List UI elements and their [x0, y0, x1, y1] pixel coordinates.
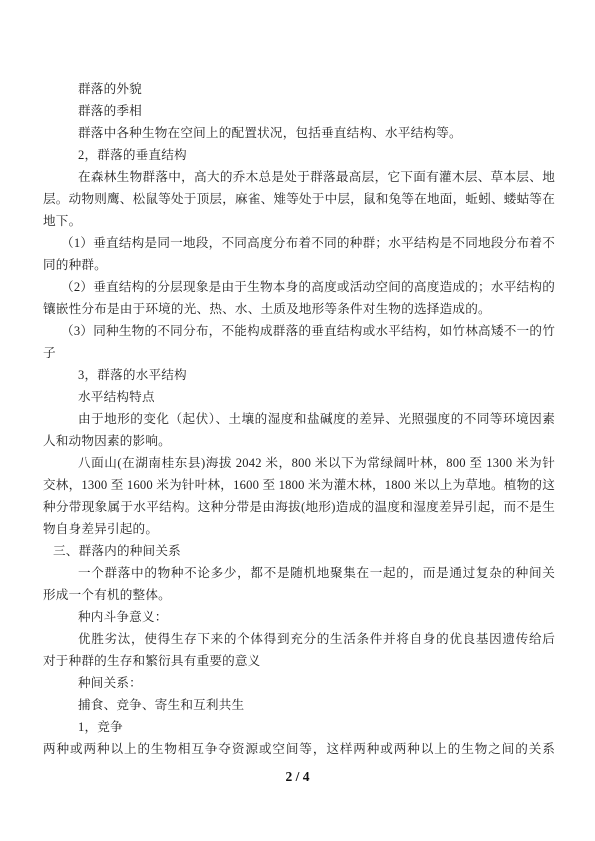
text-line: 捕食、竞争、寄生和互利共生	[43, 694, 555, 716]
text-line: 种分带现象属于水平结构。这种分带是由海拔(地形)造成的温度和湿度差异引起，而不是…	[43, 496, 555, 518]
text-line: 交林，1300 至 1600 米为针叶林，1600 至 1800 米为灌木林，1…	[43, 474, 555, 496]
text-line: 水平结构特点	[43, 386, 555, 408]
text-line: 种内斗争意义：	[43, 606, 555, 628]
page-number: 2 / 4	[0, 766, 595, 788]
text-line: 对于种群的生存和繁衍具有重要的意义	[43, 650, 555, 672]
text-line: （3）同种生物的不同分布，不能构成群落的垂直结构或水平结构，如竹林高矮不一的竹	[43, 320, 555, 342]
text-line: 两种或两种以上的生物相互争夺资源或空间等，这样两种或两种以上的生物之间的关系	[43, 738, 555, 760]
text-line: 层。动物则鹰、松鼠等处于顶层，麻雀、雉等处于中层，鼠和兔等在地面，蚯蚓、蝼蛄等在	[43, 188, 555, 210]
text-line: 3，群落的水平结构	[43, 364, 555, 386]
text-line: 镶嵌性分布是由于环境的光、热、水、土质及地形等条件对生物的选择造成的。	[43, 298, 555, 320]
text-line: 同的种群。	[43, 254, 555, 276]
text-line: 在森林生物群落中，高大的乔木总是处于群落最高层，它下面有灌木层、草本层、地表	[43, 166, 555, 188]
document-body: 群落的外貌群落的季相群落中各种生物在空间上的配置状况，包括垂直结构、水平结构等。…	[43, 78, 555, 760]
text-line: （2）垂直结构的分层现象是由于生物本身的高度或活动空间的高度造成的；水平结构的	[43, 276, 555, 298]
text-line: 物自身差异引起的。	[43, 518, 555, 540]
text-line: 子	[43, 342, 555, 364]
text-line: 八面山(在湖南桂东县)海拔 2042 米，800 米以下为常绿阔叶林，800 至…	[43, 452, 555, 474]
text-line: 由于地形的变化（起伏）、土壤的湿度和盐碱度的差异、光照强度的不同等环境因素以及	[43, 408, 555, 430]
text-line: 优胜劣汰，使得生存下来的个体得到充分的生活条件并将自身的优良基因遗传给后代，	[43, 628, 555, 650]
text-line: 人和动物因素的影响。	[43, 430, 555, 452]
text-line: 群落的外貌	[43, 78, 555, 100]
text-line: 一个群落中的物种不论多少，都不是随机地聚集在一起的，而是通过复杂的种间关系，	[43, 562, 555, 584]
text-line: 1，竞争	[43, 716, 555, 738]
text-line: 三、群落内的种间关系	[43, 540, 555, 562]
text-line: 形成一个有机的整体。	[43, 584, 555, 606]
document-page: 群落的外貌群落的季相群落中各种生物在空间上的配置状况，包括垂直结构、水平结构等。…	[0, 0, 595, 841]
text-line: 群落中各种生物在空间上的配置状况，包括垂直结构、水平结构等。	[43, 122, 555, 144]
text-line: 群落的季相	[43, 100, 555, 122]
text-line: 地下。	[43, 210, 555, 232]
text-line: （1）垂直结构是同一地段，不同高度分布着不同的种群；水平结构是不同地段分布着不	[43, 232, 555, 254]
text-line: 2，群落的垂直结构	[43, 144, 555, 166]
text-line: 种间关系：	[43, 672, 555, 694]
